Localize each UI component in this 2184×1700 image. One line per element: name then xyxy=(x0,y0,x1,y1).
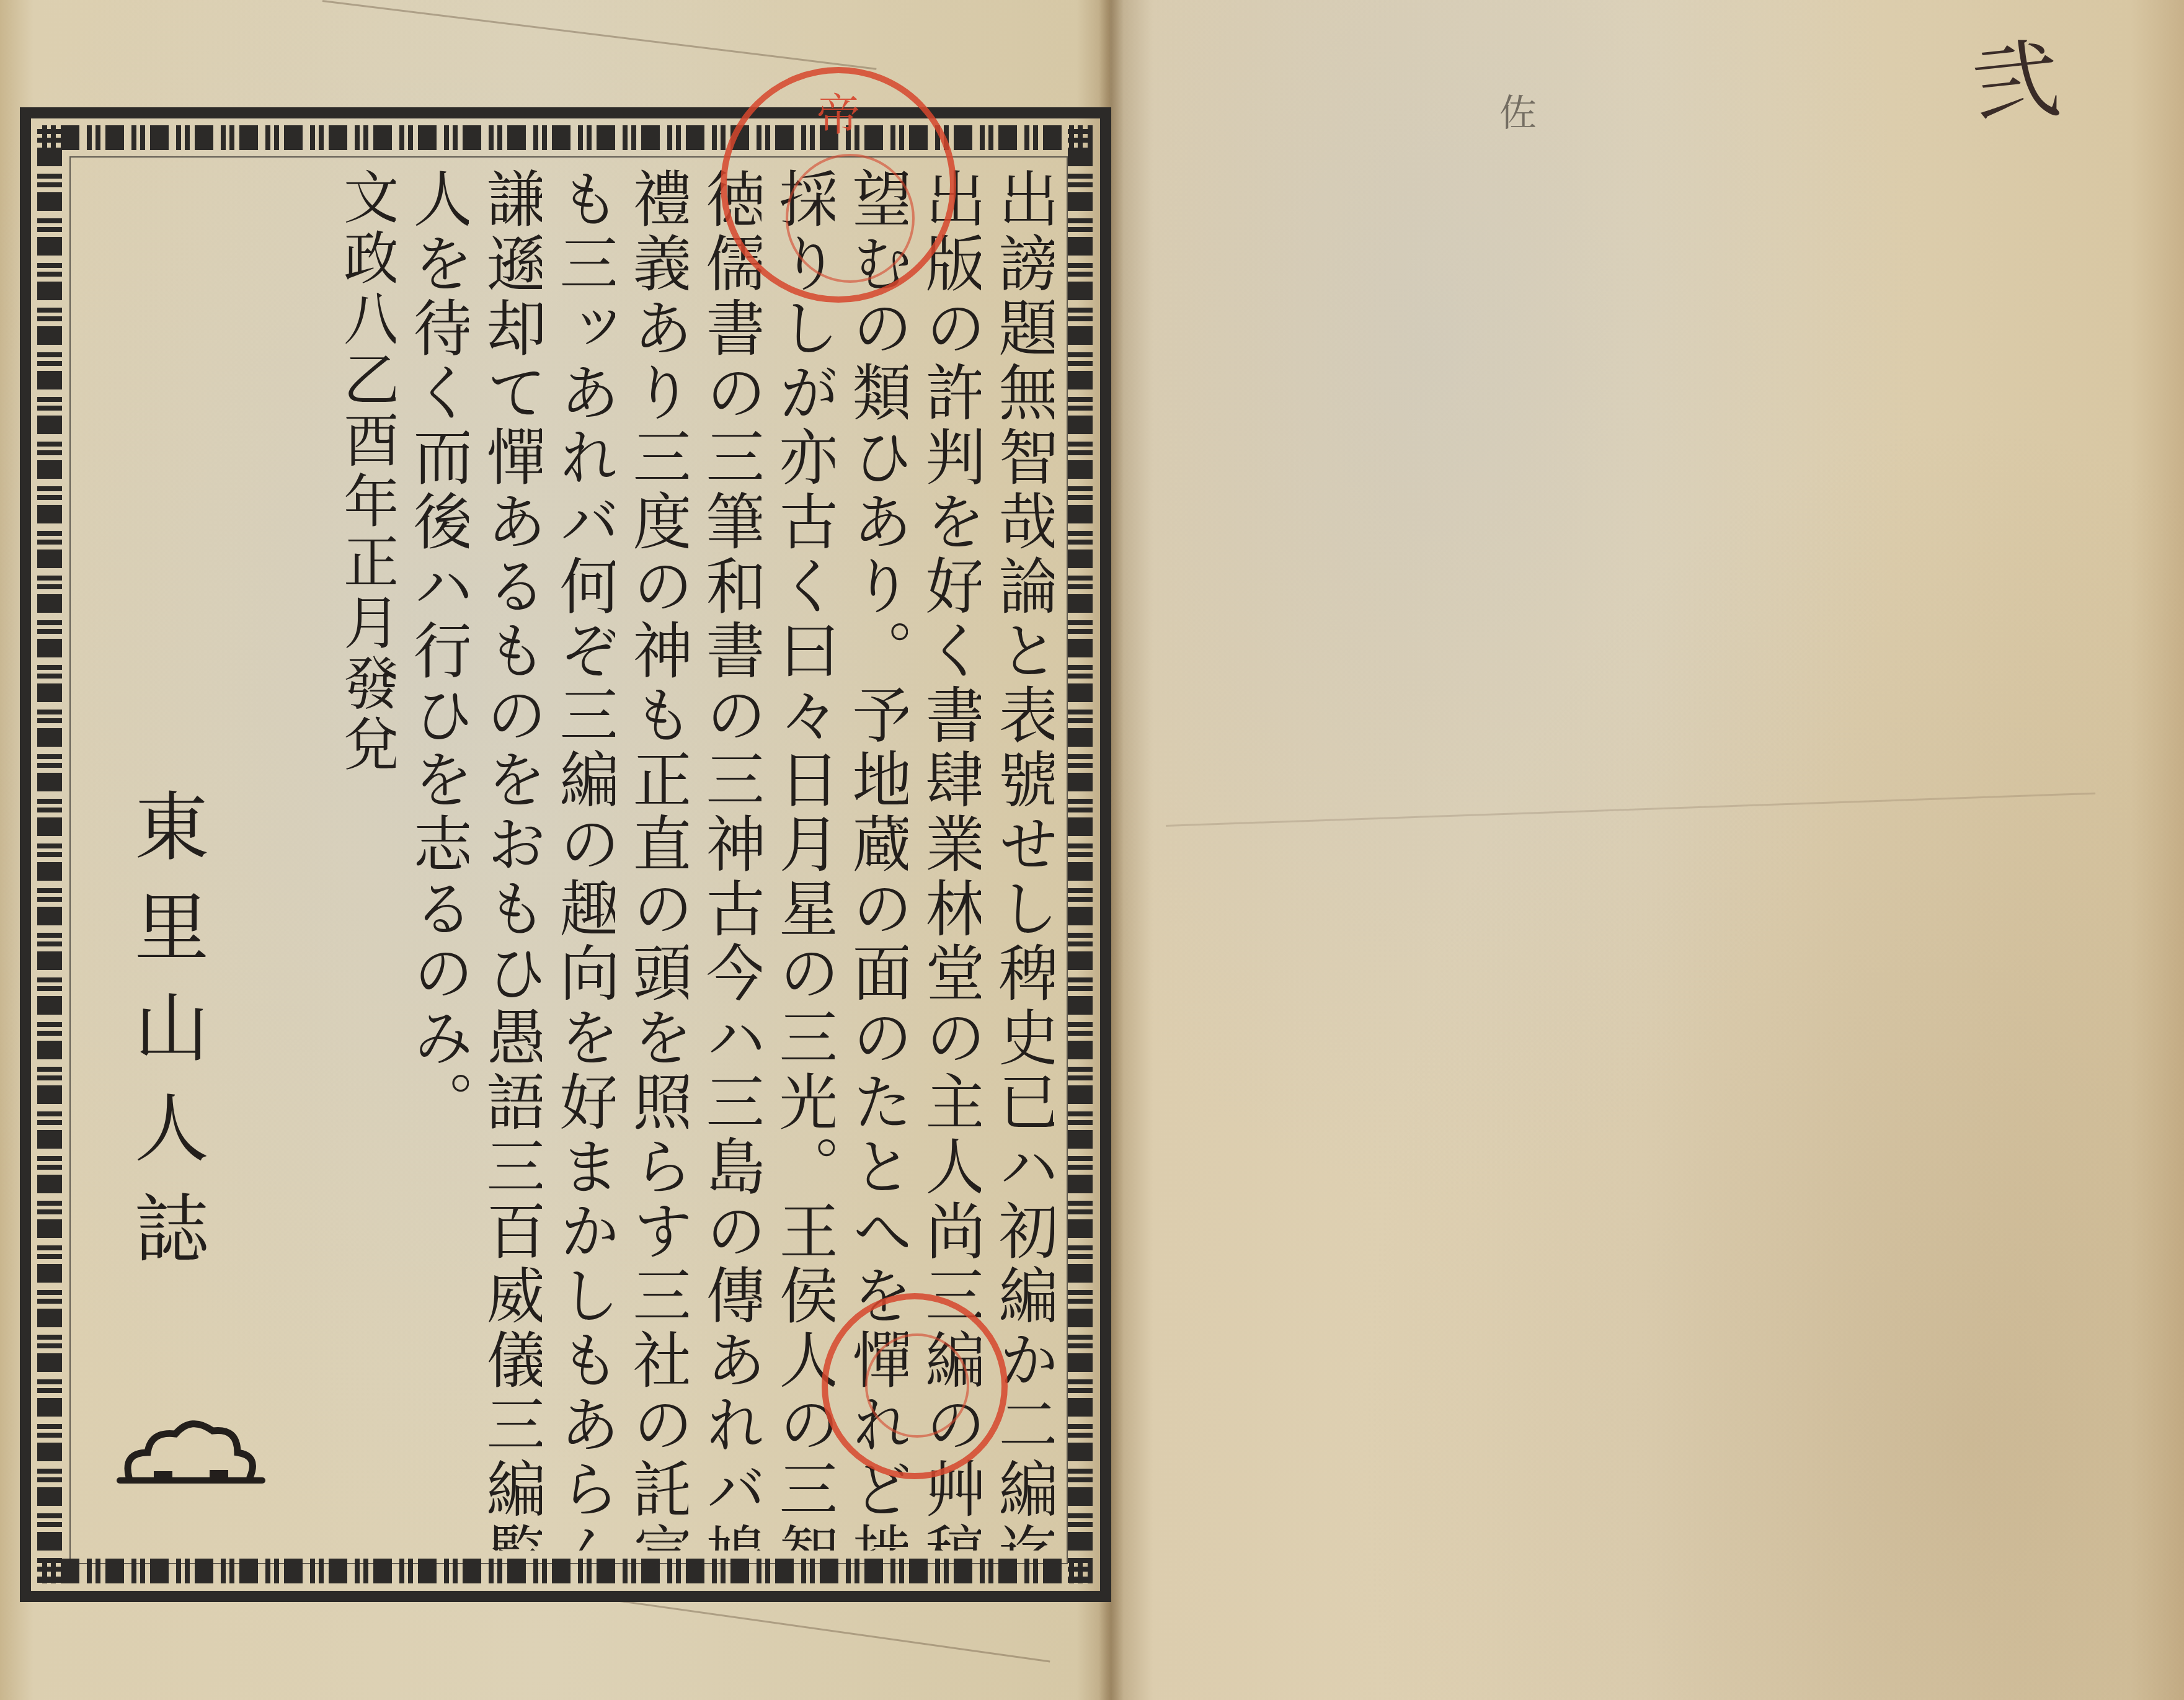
red-seal-top: 帝 xyxy=(721,67,956,303)
page-corner-mark: 弐 xyxy=(1966,9,2065,143)
date-line: 文政八乙酉年正月發兌 xyxy=(326,167,396,1551)
red-seal-bottom xyxy=(822,1293,1008,1479)
faint-handwritten-mark: 佐 xyxy=(1488,93,1542,130)
seal-inner-ring xyxy=(786,154,915,283)
text-column-9: 人を待く而後ハ行ひを志るのみ。 xyxy=(399,167,469,1551)
text-column-7: も三ッあれバ何ぞ三編の趣向を好まかしもあらんやト再三の求めハ xyxy=(546,167,615,1551)
meander-border-right xyxy=(1068,125,1093,1583)
book-spread: 出謗題無智哉論と表號せし稗史已ハ初編か二編迄 出版の許判を好く書肆業林堂の主人尚… xyxy=(0,0,2184,1700)
text-column-6: 禮義あり三度の神も正直の頭を照らす三社の託宣君子の道 xyxy=(619,167,688,1551)
text-column-5: 徳儒書の三筆和書の三神古今ハ三島の傳あれバ鳩ハ三枝の xyxy=(692,167,761,1551)
cloud-emblem-icon xyxy=(117,1403,265,1490)
seal-inner-ring xyxy=(865,1333,969,1438)
author-signature: 東里山人誌 xyxy=(112,788,218,1290)
text-column-8: 謙遜却て憚あるものをおもひ愚語三百威儀三編覧 xyxy=(473,167,542,1551)
right-page xyxy=(1110,0,2184,1700)
text-column-4: 採りしが亦古く曰々日月星の三光。王侯人の三智仁勇の三 xyxy=(765,167,835,1551)
meander-border-left xyxy=(37,125,62,1583)
seal-character: 帝 xyxy=(817,81,860,143)
